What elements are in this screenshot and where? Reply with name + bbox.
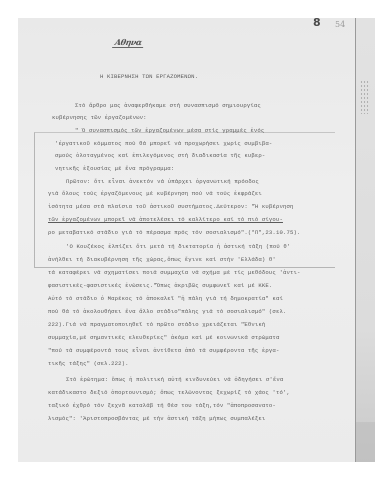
text-line: Στό ἐρώτημα: ὅπως ἡ πολιτική αὐτή κινδυν…	[66, 376, 283, 383]
handwritten-stamp: Αθηνα	[112, 37, 145, 48]
text-line: φασιστικές-φασιστικές ἐνώσεις."Ὅπως ἀκρι…	[48, 282, 272, 289]
page-number-typed: 8	[313, 16, 321, 29]
scan-shadow	[356, 422, 375, 462]
text-line-underlined: τῶν ἐργαζομένων μπορεῖ νά ἀποτελέσει τό …	[48, 216, 283, 223]
text-line: πού θά τό ἀκολουθήσει ἕνα ἄλλο στάδιο"πά…	[48, 308, 286, 315]
scan-speckle	[360, 80, 370, 114]
text-line: κατάδικαστο δεξιό ὀπορτουνισμό; ὅπως τελ…	[48, 389, 290, 396]
text-line: Στό ἄρθρο μας ἀναφερθήκαμε στή συνασπισμ…	[75, 102, 261, 109]
text-line: 222).Γιά νά πραγματοποιηθεῖ τό πρῶτο στά…	[48, 321, 265, 328]
text-line: κυβέρνησης τῶν ἐργαζομένων:	[52, 114, 147, 121]
text-line: λισμός": 'Ἀριστοπροσβάντας μέ τήν ἀστική…	[48, 415, 265, 422]
text-line: 'Ο Κουζέκος ἐλπίζει ὅτι μετά τή δικτατορ…	[66, 243, 290, 250]
text-line: νητικῆς ἐξουσίας μέ ἕνα πρόγραμμα:	[55, 165, 174, 172]
text-line: ἀνήλθει τή διακυβέρνηση τῆς χώρας,ὅπως ἔ…	[48, 256, 276, 263]
text-line: τά καταφέρει νά σχηματίσει ποιά συμμαχία…	[48, 269, 301, 276]
scan-margin-strip	[356, 18, 375, 462]
text-line: συμμαχία,μέ σημαντικές ελευθερίες" ἀκόμα…	[48, 334, 279, 341]
text-line: "πού τά συμφέροντά τους εἶναι ἀντίθετα ἀ…	[48, 347, 279, 354]
text-line: 'ἐργατικοῦ κόμματος πού θά μπορεῖ νά προ…	[55, 140, 272, 147]
text-line: ἰσότητα μέσα στά πλαίσια τοῦ ἀστικοῦ συσ…	[48, 203, 293, 210]
document-title: Η ΚΙΒΕΡΝΗΣΗ ΤΩΝ ΕΡΓΑΖΟΜΕΝΩΝ.	[100, 73, 198, 80]
page-number-handwritten: 54	[335, 20, 345, 29]
text-line: ταξικό ἐχθρό τόν ξεχνᾶ καταλάβ τή θέσ το…	[48, 402, 276, 409]
text-line: ρο μεταβατικό στάδιο γιά τό πέρασμα πρός…	[48, 229, 301, 236]
text-line: " Ὁ συνασπισμός τῶν ἐργαζομένων μέσα στί…	[75, 127, 264, 134]
text-line: τικῆς τάξης" (σελ.222).	[48, 360, 129, 367]
text-line: Αὐτό τό στάδιο ὁ Μαρέκος τό ἀποκαλεῖ "ἡ …	[48, 295, 283, 302]
text-line: σμούς ὁλοταγμένος καί ἐπιλεγόμενος στή δ…	[55, 152, 265, 159]
scanned-document: Αθηνα 8 54 Η ΚΙΒΕΡΝΗΣΗ ΤΩΝ ΕΡΓΑΖΟΜΕΝΩΝ. …	[18, 18, 375, 462]
document-page: Αθηνα 8 54 Η ΚΙΒΕΡΝΗΣΗ ΤΩΝ ΕΡΓΑΖΟΜΕΝΩΝ. …	[18, 18, 356, 462]
text-line: γιά ὅλους τούς ἐργαζόμενους μέ κυβέρνηση…	[48, 190, 262, 197]
text-line: Πρῶτον: ὅτι εἶναι ἀνεκτόν νά ὑπάρχει ὀργ…	[66, 178, 259, 185]
